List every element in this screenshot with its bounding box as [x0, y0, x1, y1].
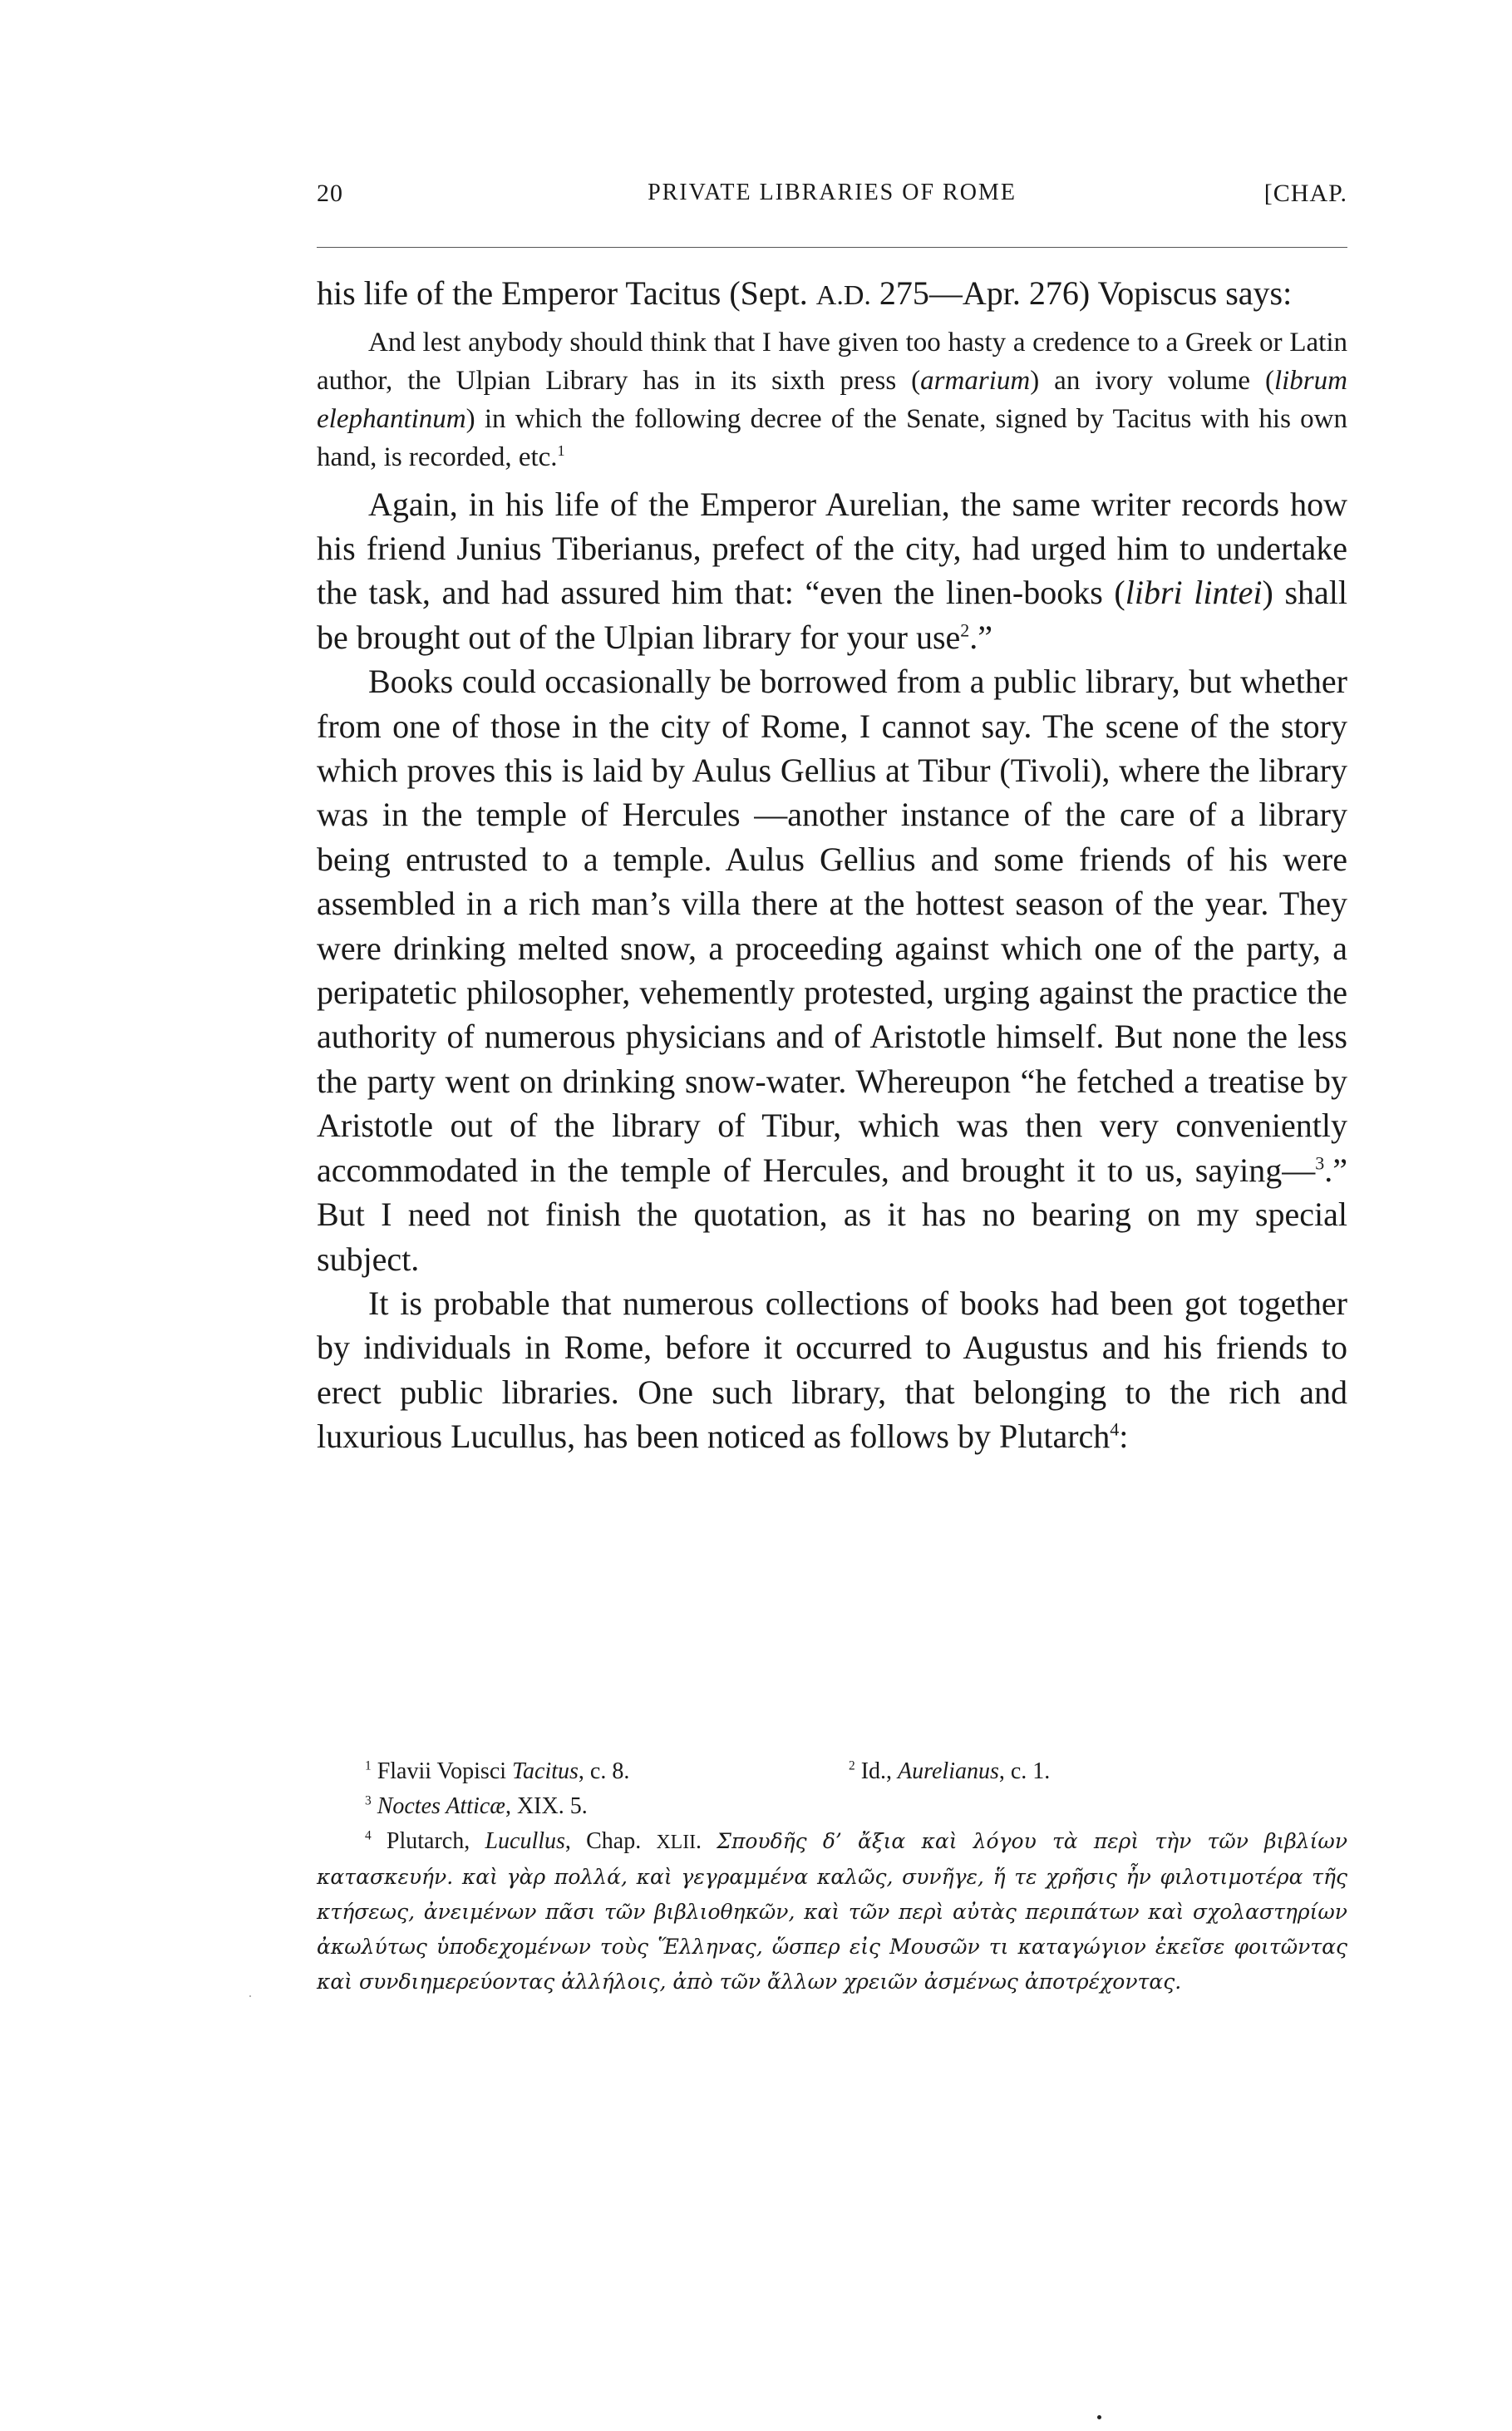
text-run: , XIX. 5. — [505, 1793, 588, 1819]
footnote-number: 3 — [365, 1794, 372, 1808]
print-speck — [1097, 2415, 1101, 2419]
text-run: Id., — [861, 1758, 898, 1784]
footnote-1: 1 Flavii Vopisci Tacitus, c. 8. — [317, 1754, 849, 1789]
italic-term: libri lintei — [1125, 574, 1263, 611]
footnote-ref: 1 — [558, 442, 565, 459]
footnote-4: 4 Plutarch, Lucullus, Chap. XLII. Σπουδῆ… — [317, 1824, 1347, 2000]
italic-title: Lucullus — [485, 1828, 564, 1854]
text-run: ) in which the following decree of the S… — [317, 404, 1347, 472]
text-run: 275—Apr. 276) Vopiscus says: — [871, 274, 1292, 312]
footnote-ref: 4 — [1110, 1419, 1119, 1440]
print-speck — [249, 1995, 251, 1997]
footnote-number: 2 — [849, 1759, 855, 1773]
footnotes: 1 Flavii Vopisci Tacitus, c. 8. 2 Id., A… — [317, 1754, 1347, 2000]
block-quote: And lest anybody should think that I hav… — [317, 324, 1347, 476]
text-run: ) an ivory volume ( — [1030, 366, 1274, 396]
text-run: Flavii Vopisci — [377, 1758, 512, 1784]
running-title: PRIVATE LIBRARIES OF ROME — [317, 180, 1347, 206]
footnote-ref: 2 — [960, 619, 969, 640]
text-run: his life of the Emperor Tacitus (Sept. — [317, 274, 816, 312]
body-text: his life of the Emperor Tacitus (Sept. A… — [317, 271, 1347, 1459]
text-run: , c. 8. — [579, 1758, 629, 1784]
text-run: : — [1119, 1418, 1128, 1455]
chapter-marker: [CHAP. — [1264, 180, 1347, 208]
italic-title: Noctes Atticæ — [377, 1793, 505, 1819]
italic-title: Tacitus — [512, 1758, 579, 1784]
chapter-number: XLII — [656, 1832, 696, 1853]
text-run: . — [696, 1828, 717, 1854]
footnote-number: 4 — [365, 1829, 372, 1843]
footnote-2: 2 Id., Aurelianus, c. 1. — [849, 1754, 1050, 1789]
paragraph: Again, in his life of the Emperor Aureli… — [317, 482, 1347, 660]
paragraph: It is probable that numerous collections… — [317, 1281, 1347, 1459]
italic-term: armarium — [920, 366, 1030, 396]
footnote-number: 1 — [365, 1759, 372, 1773]
running-head: 20 PRIVATE LIBRARIES OF ROME [CHAP. — [317, 180, 1347, 216]
footnote-3: 3 Noctes Atticæ, XIX. 5. — [317, 1789, 1347, 1824]
text-run: .” — [969, 619, 992, 656]
footnote-row: 1 Flavii Vopisci Tacitus, c. 8. 2 Id., A… — [317, 1754, 1347, 1789]
paragraph: Books could occasionally be borrowed fro… — [317, 659, 1347, 1281]
era-abbrev: A.D. — [816, 280, 871, 311]
text-run: , Chap. — [565, 1828, 657, 1854]
header-rule — [317, 247, 1347, 248]
italic-title: Aurelianus — [898, 1758, 999, 1784]
paragraph-continuation: his life of the Emperor Tacitus (Sept. A… — [317, 271, 1347, 318]
footnote-ref: 3 — [1315, 1152, 1324, 1173]
text-run: , c. 1. — [999, 1758, 1050, 1784]
text-run: Plutarch, — [387, 1828, 485, 1854]
text-run: Books could occasionally be borrowed fro… — [317, 663, 1347, 1188]
text-run: It is probable that numerous collections… — [317, 1285, 1347, 1455]
